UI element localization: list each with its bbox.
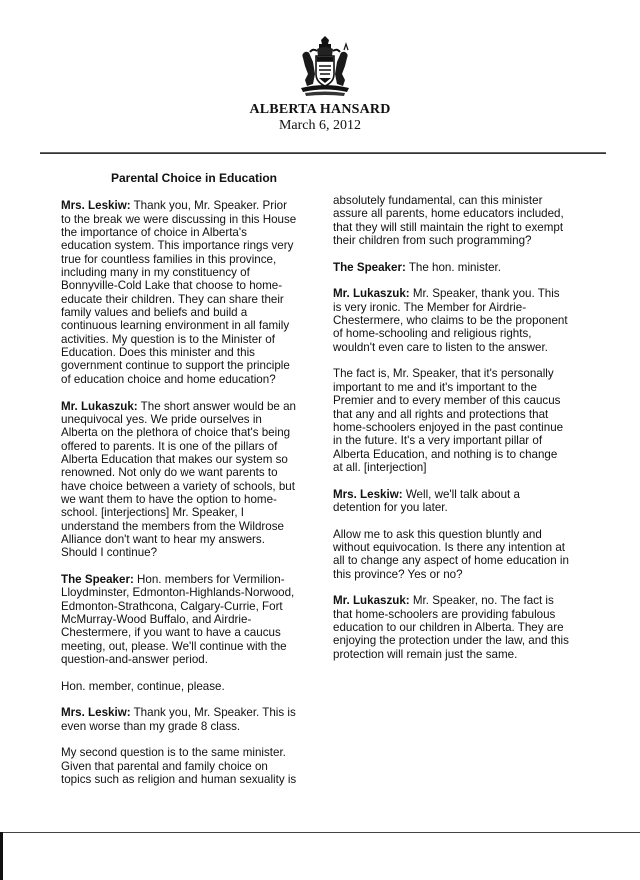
line-text: Chestermere, if you want to have a caucu… — [61, 626, 281, 639]
line-text: My second question is to the same minist… — [61, 746, 286, 759]
transcript-paragraph: Mrs. Leskiw: Well, we'll talk about adet… — [333, 488, 603, 515]
line-text: Thank you, Mr. Speaker. This is — [131, 706, 296, 719]
paragraph-line: Alberta on the plethora of choice that's… — [61, 426, 333, 439]
line-text: Education. Does this minister and this — [61, 346, 255, 359]
paragraph-line: McMurray-Wood Buffalo, and Airdrie- — [61, 613, 333, 626]
line-text: Should I continue? — [61, 546, 157, 559]
line-text: is very ironic. The Member for Airdrie- — [333, 301, 526, 314]
line-text: activities. My question is to the Minist… — [61, 333, 275, 346]
paragraph-line: that home-schoolers are providing fabulo… — [333, 608, 603, 621]
line-text: Hon. member, continue, please. — [61, 680, 225, 693]
line-text: including many in my constituency of — [61, 266, 250, 279]
paragraph-line: is very ironic. The Member for Airdrie- — [333, 301, 603, 314]
paragraph-line: renowned. Not only do we want parents to — [61, 466, 333, 479]
paragraph-line: to the break we were discussing in this … — [61, 213, 333, 226]
paragraph-line: without equivocation. Is there any inten… — [333, 541, 603, 554]
paragraph-line: of home-schooling and religious rights, — [333, 327, 603, 340]
line-text: enjoying the protection under the law, a… — [333, 634, 569, 647]
paragraph-line: Given that parental and family choice on — [61, 760, 333, 773]
line-text: school. [interjections] Mr. Speaker, I — [61, 506, 244, 519]
paragraph-line: Mr. Lukaszuk: The short answer would be … — [61, 400, 333, 413]
paragraph-line: Mrs. Leskiw: Thank you, Mr. Speaker. Thi… — [61, 706, 333, 719]
line-text: home-schoolers enjoyed in the past conti… — [333, 421, 563, 434]
speaker-name: The Speaker: — [61, 573, 134, 586]
transcript-paragraph: The Speaker: The hon. minister. — [333, 261, 603, 274]
paragraph-line: Alberta Education, and nothing is to cha… — [333, 448, 603, 461]
paragraph-line: school. [interjections] Mr. Speaker, I — [61, 506, 333, 519]
paragraph-line: question-and-answer period. — [61, 653, 333, 666]
line-text: even worse than my grade 8 class. — [61, 720, 240, 733]
line-text: Well, we'll talk about a — [403, 488, 520, 501]
line-text: offered to parents. It is one of the pil… — [61, 440, 277, 453]
paragraph-line: educate their children. They can share t… — [61, 293, 333, 306]
transcript-paragraph: Mrs. Leskiw: Thank you, Mr. Speaker. Pri… — [61, 199, 333, 386]
paragraph-line: government continue to support the princ… — [61, 359, 333, 372]
speaker-name: Mr. Lukaszuk: — [61, 400, 138, 413]
paragraph-line: Alliance don't want to hear my answers. — [61, 533, 333, 546]
paragraph-line: The fact is, Mr. Speaker, that it's pers… — [333, 367, 603, 380]
paragraph-line: the importance of choice in Alberta's — [61, 226, 333, 239]
line-text: question-and-answer period. — [61, 653, 208, 666]
paragraph-line: offered to parents. It is one of the pil… — [61, 440, 333, 453]
line-text: of home-schooling and religious rights, — [333, 327, 532, 340]
paragraph-line: their children from such programming? — [333, 234, 603, 247]
line-text: understand the members from the Wildrose — [61, 520, 284, 533]
transcript-paragraph: The fact is, Mr. Speaker, that it's pers… — [333, 367, 603, 474]
paragraph-line: Chestermere, if you want to have a caucu… — [61, 626, 333, 639]
header-divider — [40, 152, 606, 154]
line-text: renowned. Not only do we want parents to — [61, 466, 278, 479]
paragraph-line: at all. [interjection] — [333, 461, 603, 474]
paragraph-line: education system. This importance rings … — [61, 239, 333, 252]
paragraph-line: detention for you later. — [333, 501, 603, 514]
transcript-paragraph: Hon. member, continue, please. — [61, 680, 333, 693]
speaker-name: Mrs. Leskiw: — [333, 488, 403, 501]
line-text: education system. This importance rings … — [61, 239, 293, 252]
line-text: Thank you, Mr. Speaker. Prior — [131, 199, 287, 212]
line-text: all to change any aspect of home educati… — [333, 554, 569, 567]
paragraph-line: Mr. Lukaszuk: Mr. Speaker, thank you. Th… — [333, 287, 603, 300]
paragraph-line: The Speaker: Hon. members for Vermilion- — [61, 573, 333, 586]
transcript-paragraph: Mr. Lukaszuk: Mr. Speaker, no. The fact … — [333, 594, 603, 661]
line-text: education to our children in Alberta. Th… — [333, 621, 564, 634]
paragraph-line: all to change any aspect of home educati… — [333, 554, 603, 567]
line-text: The fact is, Mr. Speaker, that it's pers… — [333, 367, 554, 380]
line-text: Mr. Speaker, no. The fact is — [410, 594, 554, 607]
line-text: important to me and it's important to th… — [333, 381, 537, 394]
speaker-name: The Speaker: — [333, 261, 406, 274]
scan-edge-bar — [0, 832, 3, 880]
line-text: Edmonton-Strathcona, Calgary-Currie, For… — [61, 600, 283, 613]
paragraph-line: Mrs. Leskiw: Well, we'll talk about a — [333, 488, 603, 501]
line-text: assure all parents, home educators inclu… — [333, 207, 564, 220]
paragraph-line: Should I continue? — [61, 546, 333, 559]
transcript-paragraph: My second question is to the same minist… — [61, 746, 333, 786]
transcript-paragraph: Mr. Lukaszuk: Mr. Speaker, thank you. Th… — [333, 287, 603, 354]
transcript-paragraph: The Speaker: Hon. members for Vermilion-… — [61, 573, 333, 666]
line-text: have choice between a variety of schools… — [61, 480, 295, 493]
line-text: educate their children. They can share t… — [61, 293, 284, 306]
paragraph-line: home-schoolers enjoyed in the past conti… — [333, 421, 603, 434]
paragraph-line: Premier and to every member of this cauc… — [333, 394, 603, 407]
paragraph-line: wouldn't even care to listen to the answ… — [333, 341, 603, 354]
line-text: The short answer would be an — [138, 400, 296, 413]
publication-title: ALBERTA HANSARD — [0, 102, 640, 118]
line-text: The hon. minister. — [406, 261, 501, 274]
paragraph-line: Mrs. Leskiw: Thank you, Mr. Speaker. Pri… — [61, 199, 333, 212]
paragraph-line: enjoying the protection under the law, a… — [333, 634, 603, 647]
paragraph-line: have choice between a variety of schools… — [61, 480, 333, 493]
transcript-paragraph: absolutely fundamental, can this ministe… — [333, 194, 603, 247]
paragraph-line: that any and all rights and protections … — [333, 408, 603, 421]
paragraph-line: Bonnyville-Cold Lake that choose to home… — [61, 279, 333, 292]
speaker-name: Mrs. Leskiw: — [61, 706, 131, 719]
transcript-paragraph: Allow me to ask this question bluntly an… — [333, 528, 603, 581]
line-text: of education choice and home education? — [61, 373, 276, 386]
line-text: their children from such programming? — [333, 234, 531, 247]
paragraph-line: meeting, out, please. We'll continue wit… — [61, 640, 333, 653]
line-text: Alberta Education that makes our system … — [61, 453, 288, 466]
paragraph-line: true for countless families in this prov… — [61, 253, 333, 266]
line-text: Premier and to every member of this cauc… — [333, 394, 560, 407]
footer-divider — [0, 832, 640, 833]
paragraph-line: that they will still maintain the right … — [333, 221, 603, 234]
line-text: unequivocal yes. We pride ourselves in — [61, 413, 262, 426]
speaker-name: Mr. Lukaszuk: — [333, 594, 410, 607]
line-text: Given that parental and family choice on — [61, 760, 268, 773]
line-text: continuous learning environment in all f… — [61, 319, 289, 332]
line-text: wouldn't even care to listen to the answ… — [333, 341, 548, 354]
paragraph-line: this province? Yes or no? — [333, 568, 603, 581]
paragraph-line: we want them to have the option to home- — [61, 493, 333, 506]
line-text: McMurray-Wood Buffalo, and Airdrie- — [61, 613, 251, 626]
right-column: absolutely fundamental, can this ministe… — [333, 194, 603, 674]
paragraph-line: in the future. It's a very important pil… — [333, 434, 603, 447]
paragraph-line: understand the members from the Wildrose — [61, 520, 333, 533]
line-text: Lloydminster, Edmonton-Highlands-Norwood… — [61, 586, 294, 599]
line-text: topics such as religion and human sexual… — [61, 773, 296, 786]
paragraph-line: Education. Does this minister and this — [61, 346, 333, 359]
paragraph-line: continuous learning environment in all f… — [61, 319, 333, 332]
line-text: family values and beliefs and build a — [61, 306, 247, 319]
line-text: that any and all rights and protections … — [333, 408, 548, 421]
line-text: without equivocation. Is there any inten… — [333, 541, 565, 554]
line-text: absolutely fundamental, can this ministe… — [333, 194, 542, 207]
paragraph-line: topics such as religion and human sexual… — [61, 773, 333, 786]
paragraph-line: education to our children in Alberta. Th… — [333, 621, 603, 634]
line-text: protection will remain just the same. — [333, 648, 517, 661]
paragraph-line: absolutely fundamental, can this ministe… — [333, 194, 603, 207]
paragraph-line: even worse than my grade 8 class. — [61, 720, 333, 733]
paragraph-line: Hon. member, continue, please. — [61, 680, 333, 693]
line-text: at all. [interjection] — [333, 461, 426, 474]
paragraph-line: The Speaker: The hon. minister. — [333, 261, 603, 274]
line-text: this province? Yes or no? — [333, 568, 463, 581]
paragraph-line: Chestermere, who claims to be the propon… — [333, 314, 603, 327]
paragraph-line: protection will remain just the same. — [333, 648, 603, 661]
line-text: true for countless families in this prov… — [61, 253, 276, 266]
line-text: the importance of choice in Alberta's — [61, 226, 247, 239]
line-text: in the future. It's a very important pil… — [333, 434, 542, 447]
section-title: Parental Choice in Education — [61, 172, 333, 185]
transcript-paragraph: Mrs. Leskiw: Thank you, Mr. Speaker. Thi… — [61, 706, 333, 733]
line-text: Mr. Speaker, thank you. This — [410, 287, 560, 300]
line-text: Alberta Education, and nothing is to cha… — [333, 448, 557, 461]
line-text: we want them to have the option to home- — [61, 493, 277, 506]
transcript-paragraph: Mr. Lukaszuk: The short answer would be … — [61, 400, 333, 560]
line-text: that home-schoolers are providing fabulo… — [333, 608, 555, 621]
speaker-name: Mr. Lukaszuk: — [333, 287, 410, 300]
line-text: that they will still maintain the right … — [333, 221, 563, 234]
paragraph-line: Edmonton-Strathcona, Calgary-Currie, For… — [61, 600, 333, 613]
line-text: meeting, out, please. We'll continue wit… — [61, 640, 287, 653]
paragraph-line: unequivocal yes. We pride ourselves in — [61, 413, 333, 426]
paragraph-line: Alberta Education that makes our system … — [61, 453, 333, 466]
line-text: government continue to support the princ… — [61, 359, 290, 372]
paragraph-line: My second question is to the same minist… — [61, 746, 333, 759]
publication-date: March 6, 2012 — [0, 118, 640, 134]
line-text: Alliance don't want to hear my answers. — [61, 533, 265, 546]
line-text: detention for you later. — [333, 501, 448, 514]
speaker-name: Mrs. Leskiw: — [61, 199, 131, 212]
line-text: Hon. members for Vermilion- — [134, 573, 285, 586]
alberta-coat-of-arms-icon — [295, 36, 355, 98]
left-column: Parental Choice in Education Mrs. Leskiw… — [61, 172, 333, 800]
line-text: Allow me to ask this question bluntly an… — [333, 528, 542, 541]
paragraph-line: including many in my constituency of — [61, 266, 333, 279]
paragraph-line: Lloydminster, Edmonton-Highlands-Norwood… — [61, 586, 333, 599]
paragraph-line: assure all parents, home educators inclu… — [333, 207, 603, 220]
paragraph-line: Allow me to ask this question bluntly an… — [333, 528, 603, 541]
line-text: to the break we were discussing in this … — [61, 213, 296, 226]
paragraph-line: important to me and it's important to th… — [333, 381, 603, 394]
paragraph-line: family values and beliefs and build a — [61, 306, 333, 319]
paragraph-line: of education choice and home education? — [61, 373, 333, 386]
paragraph-line: activities. My question is to the Minist… — [61, 333, 333, 346]
line-text: Bonnyville-Cold Lake that choose to home… — [61, 279, 282, 292]
line-text: Chestermere, who claims to be the propon… — [333, 314, 568, 327]
line-text: Alberta on the plethora of choice that's… — [61, 426, 290, 439]
paragraph-line: Mr. Lukaszuk: Mr. Speaker, no. The fact … — [333, 594, 603, 607]
